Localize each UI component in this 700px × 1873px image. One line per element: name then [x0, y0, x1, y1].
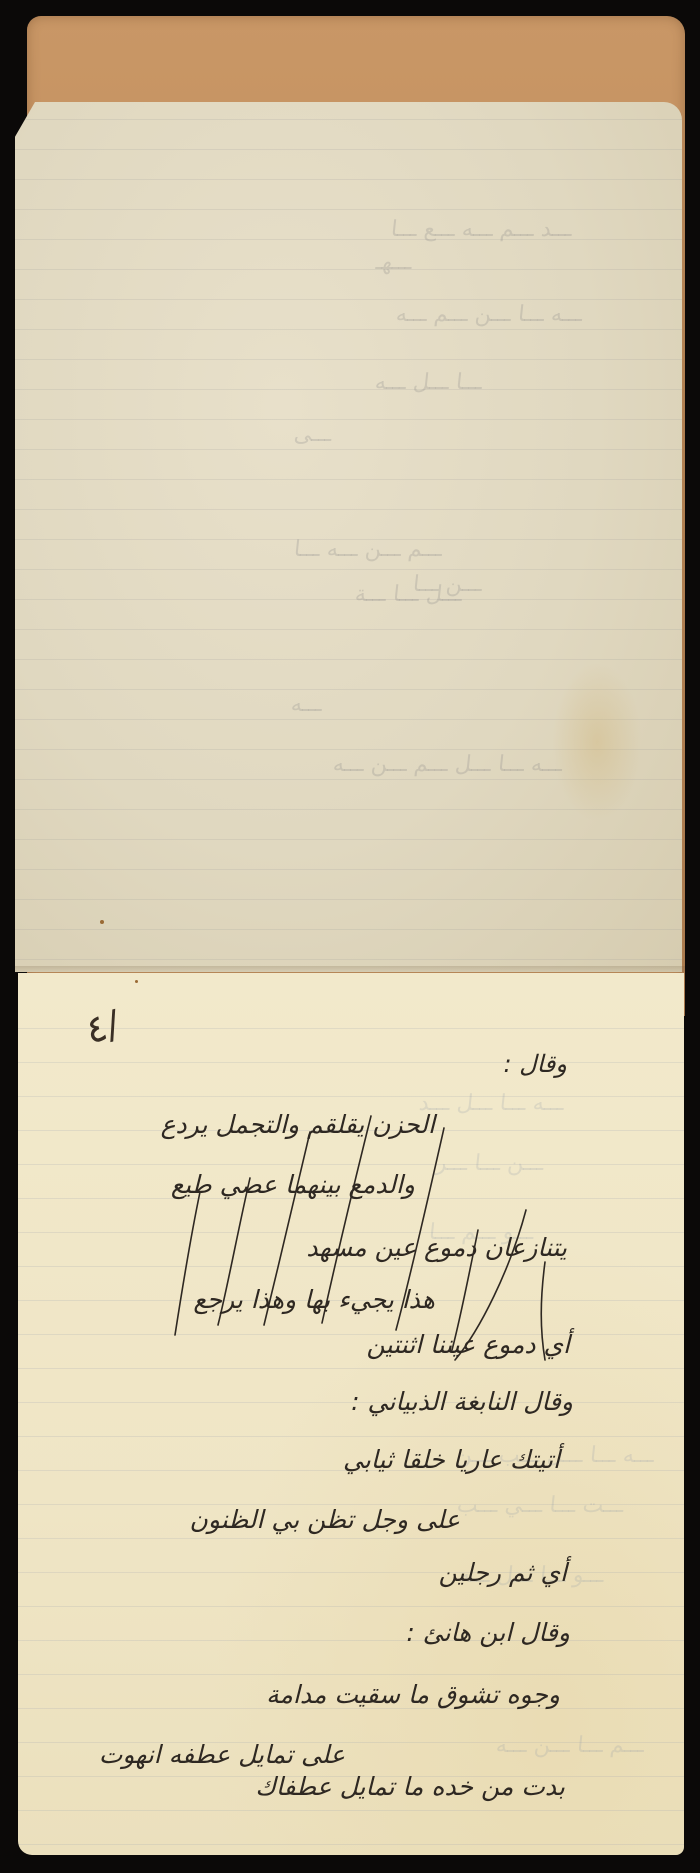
verse-line: وقال ابن هانئ : — [406, 1618, 570, 1647]
bleed-through-line: ـــهـ — [375, 250, 414, 275]
paper-speck — [100, 920, 104, 924]
verse-line: على وجل تظن بي الظنون — [190, 1505, 460, 1534]
bleed-through-line: ـــه ـــا ـــن ـــم ـــه — [394, 302, 583, 327]
bleed-through-line: ـــى — [293, 422, 333, 447]
bleed-through-line: ـــه — [290, 692, 324, 717]
verse-line: هذا يجيء بها وهذا يرجع — [193, 1285, 435, 1314]
bleed-through-line: ـــا ـــل ـــه — [374, 370, 484, 395]
bleed-through-line: ـــد ـــم ـــه ـــع ـــا — [390, 217, 574, 242]
verse-line: وجوه تشوق ما سقيت مدامة — [266, 1680, 560, 1709]
verse-line: بدت من خده ما تمايل عطفاك — [255, 1772, 565, 1801]
verse-line: والدمع بينهما عصي طيع — [171, 1170, 415, 1199]
verse-line: الحزن يقلقم والتجمل يردع — [161, 1110, 435, 1139]
verse-line: يتنازعان دموع عين مسهد — [306, 1233, 567, 1262]
bleed-through-line: ـــم ـــن ـــه ـــا — [292, 537, 443, 562]
verse-line: أتيتك عاريا خلقا ثيابي — [343, 1445, 560, 1474]
verse-line: وقال النابغة الذبياني : — [351, 1387, 573, 1416]
bleed-through-line: ـــل ـــا ـــة — [354, 582, 464, 607]
paper-stain — [552, 662, 642, 822]
verse-line: أي دموع عيننا اثنتين — [367, 1330, 570, 1359]
upper-page: ـــد ـــم ـــه ـــع ـــا ـــهـ ـــه ـــا… — [15, 102, 682, 972]
bleed-through-line: ـــن ـــا ـــر — [435, 1151, 545, 1176]
bleed-through-line: ـــم ـــا ـــن ـــه — [494, 1733, 645, 1758]
verse-line: على تمايل عطفه انهوت — [99, 1740, 345, 1769]
bleed-through-line: ـــه ـــا ـــل ـــد — [418, 1091, 566, 1116]
bleed-through-line: ـــه ـــا ـــل ـــم ـــن ـــه — [331, 752, 563, 777]
paper-speck — [135, 980, 138, 983]
verse-line: أي ثم رجلين — [439, 1558, 567, 1587]
heading: وقال : — [503, 1050, 567, 1078]
bleed-through-line: ـــت ـــا ـــي ـــب — [456, 1493, 625, 1518]
